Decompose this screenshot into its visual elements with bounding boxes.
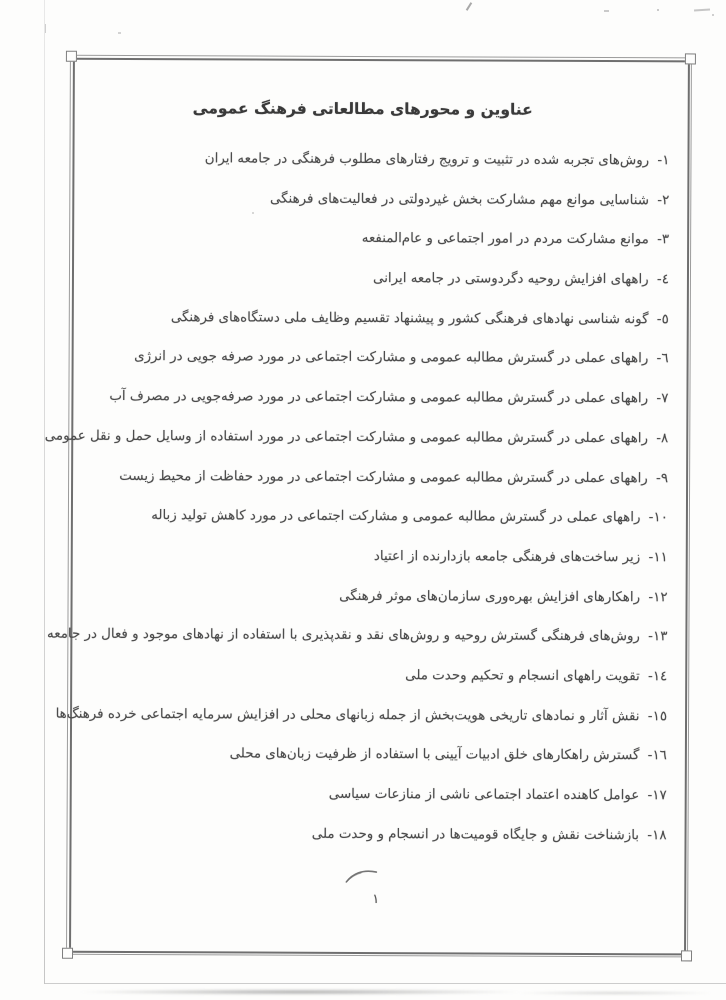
border-corner-ornament <box>681 950 692 961</box>
item-number: ۱۰- <box>649 510 668 525</box>
scan-speck <box>657 9 659 11</box>
item-text: روش‌های تجربه شده در تثبیت و ترویج رفتار… <box>205 151 649 168</box>
border-corner-ornament <box>62 948 73 959</box>
scan-speck <box>45 24 46 33</box>
scanner-shadow <box>80 989 520 995</box>
item-number: ٦- <box>657 352 669 367</box>
list-item: ۱۲- راهکارهای افزایش بهره‌وری سازمان‌های… <box>39 575 667 617</box>
item-number: ۷- <box>656 391 668 406</box>
page-title: عناوین و محورهای مطالعاتی فرهنگ عمومی <box>74 99 652 120</box>
item-number: ۹- <box>656 471 668 486</box>
item-number: ۲- <box>657 193 669 208</box>
item-number: ۸- <box>656 431 668 446</box>
item-text: زیر ساخت‌های فرهنگی جامعه بازدارنده از ا… <box>374 549 640 565</box>
list-item: ۲- شناسایی موانع مهم مشارکت بخش غیردولتی… <box>41 178 669 220</box>
list-item: ۱٦- گسترش راهکارهای خلق ادبیات آیینی با … <box>39 734 667 776</box>
item-text: تقویت راههای انسجام و تحکیم وحدت ملی <box>405 668 640 684</box>
scanned-document-page: { "doc": { "title": "عناوین و محورهای مط… <box>0 0 726 1000</box>
list-item: ۱۷- عوامل کاهنده اعتماد اجتماعی ناشی از … <box>39 774 667 816</box>
paper-edge-bottom <box>44 983 726 984</box>
list-item: ۱٥- نقش آثار و نمادهای تاریخی هویت‌بخش ا… <box>39 694 667 736</box>
scan-speck <box>118 32 121 34</box>
item-text: راههای افزایش روحیه دگردوستی در جامعه ای… <box>373 271 649 287</box>
item-text: بازشناخت نقش و جایگاه قومیت‌ها در انسجام… <box>312 826 639 842</box>
item-text: موانع مشارکت مردم در امور اجتماعی و عام‌… <box>362 231 649 247</box>
scan-speck <box>604 10 609 12</box>
pen-checkmark-stroke <box>342 862 382 888</box>
item-number: ۱۲- <box>648 590 667 605</box>
list-item: ۸- راههای عملی در گسترش مطالبه عمومی و م… <box>40 416 668 458</box>
item-text: راههای عملی در گسترش مطالبه عمومی و مشار… <box>109 389 648 406</box>
scan-speck <box>712 14 714 16</box>
border-corner-ornament <box>685 53 696 64</box>
item-text: راههای عملی در گسترش مطالبه عمومی و مشار… <box>119 468 648 485</box>
item-text: گونه شناسی نهادهای فرهنگی کشور و پیشنهاد… <box>171 310 649 327</box>
item-number: ۳- <box>657 233 669 248</box>
item-number: ٤- <box>657 272 669 287</box>
list-item: ٤- راههای افزایش روحیه دگردوستی در جامعه… <box>41 258 669 300</box>
item-number: ۱٥- <box>648 709 667 724</box>
item-text: گسترش راهکارهای خلق ادبیات آیینی با استف… <box>230 747 640 764</box>
scan-speck <box>252 212 254 214</box>
paper-edge-left <box>44 0 45 984</box>
list-item: ۱۳- روش‌های فرهنگی گسترش روحیه و روش‌های… <box>39 615 667 657</box>
item-number: ۱٦- <box>648 749 667 764</box>
item-number: ۱۷- <box>647 788 666 803</box>
list-item: ۱- روش‌های تجربه شده در تثبیت و ترویج رف… <box>41 139 669 181</box>
scanner-shadow <box>520 991 710 995</box>
paper-sheet: عناوین و محورهای مطالعاتی فرهنگ عمومی ۱-… <box>0 0 726 1000</box>
list-item: ۳- موانع مشارکت مردم در امور اجتماعی و ع… <box>41 218 669 260</box>
item-text: روش‌های فرهنگی گسترش روحیه و روش‌های نقد… <box>47 627 640 645</box>
list-item: ۱۰- راههای عملی در گسترش مطالبه عمومی و … <box>40 496 668 538</box>
item-number: ٥- <box>657 312 669 327</box>
item-text: شناسایی موانع مهم مشارکت بخش غیردولتی در… <box>270 191 649 208</box>
item-text: راههای عملی در گسترش مطالبه عمومی و مشار… <box>45 428 648 446</box>
item-text: راههای عملی در گسترش مطالبه عمومی و مشار… <box>151 508 640 525</box>
page-number: ١ <box>372 892 379 907</box>
item-number: ۱۳- <box>648 629 667 644</box>
list-item: ٥- گونه شناسی نهادهای فرهنگی کشور و پیشن… <box>41 297 669 339</box>
list-item: ۷- راههای عملی در گسترش مطالبه عمومی و م… <box>40 377 668 419</box>
item-text: عوامل کاهنده اعتماد اجتماعی ناشی از مناز… <box>329 787 639 803</box>
topics-list: ۱- روش‌های تجربه شده در تثبیت و ترویج رف… <box>38 139 669 856</box>
item-text: راههای عملی در گسترش مطالبه عمومی و مشار… <box>134 349 648 366</box>
list-item: ٦- راههای عملی در گسترش مطالبه عمومی و م… <box>41 337 669 379</box>
item-text: راهکارهای افزایش بهره‌وری سازمان‌های موث… <box>339 588 640 604</box>
list-item: ۹- راههای عملی در گسترش مطالبه عمومی و م… <box>40 456 668 498</box>
item-number: ۱- <box>657 153 669 168</box>
item-number: ۱۸- <box>647 828 666 843</box>
list-item: ۱۸- بازشناخت نقش و جایگاه قومیت‌ها در ان… <box>38 813 666 855</box>
list-item: ۱۱- زیر ساخت‌های فرهنگی جامعه بازدارنده … <box>40 535 668 577</box>
item-number: ۱۱- <box>648 550 667 565</box>
item-number: ۱٤- <box>648 669 667 684</box>
border-corner-ornament <box>66 51 77 62</box>
item-text: نقش آثار و نمادهای تاریخی هویت‌بخش از جم… <box>56 706 640 724</box>
list-item: ۱٤- تقویت راههای انسجام و تحکیم وحدت ملی <box>39 655 667 697</box>
